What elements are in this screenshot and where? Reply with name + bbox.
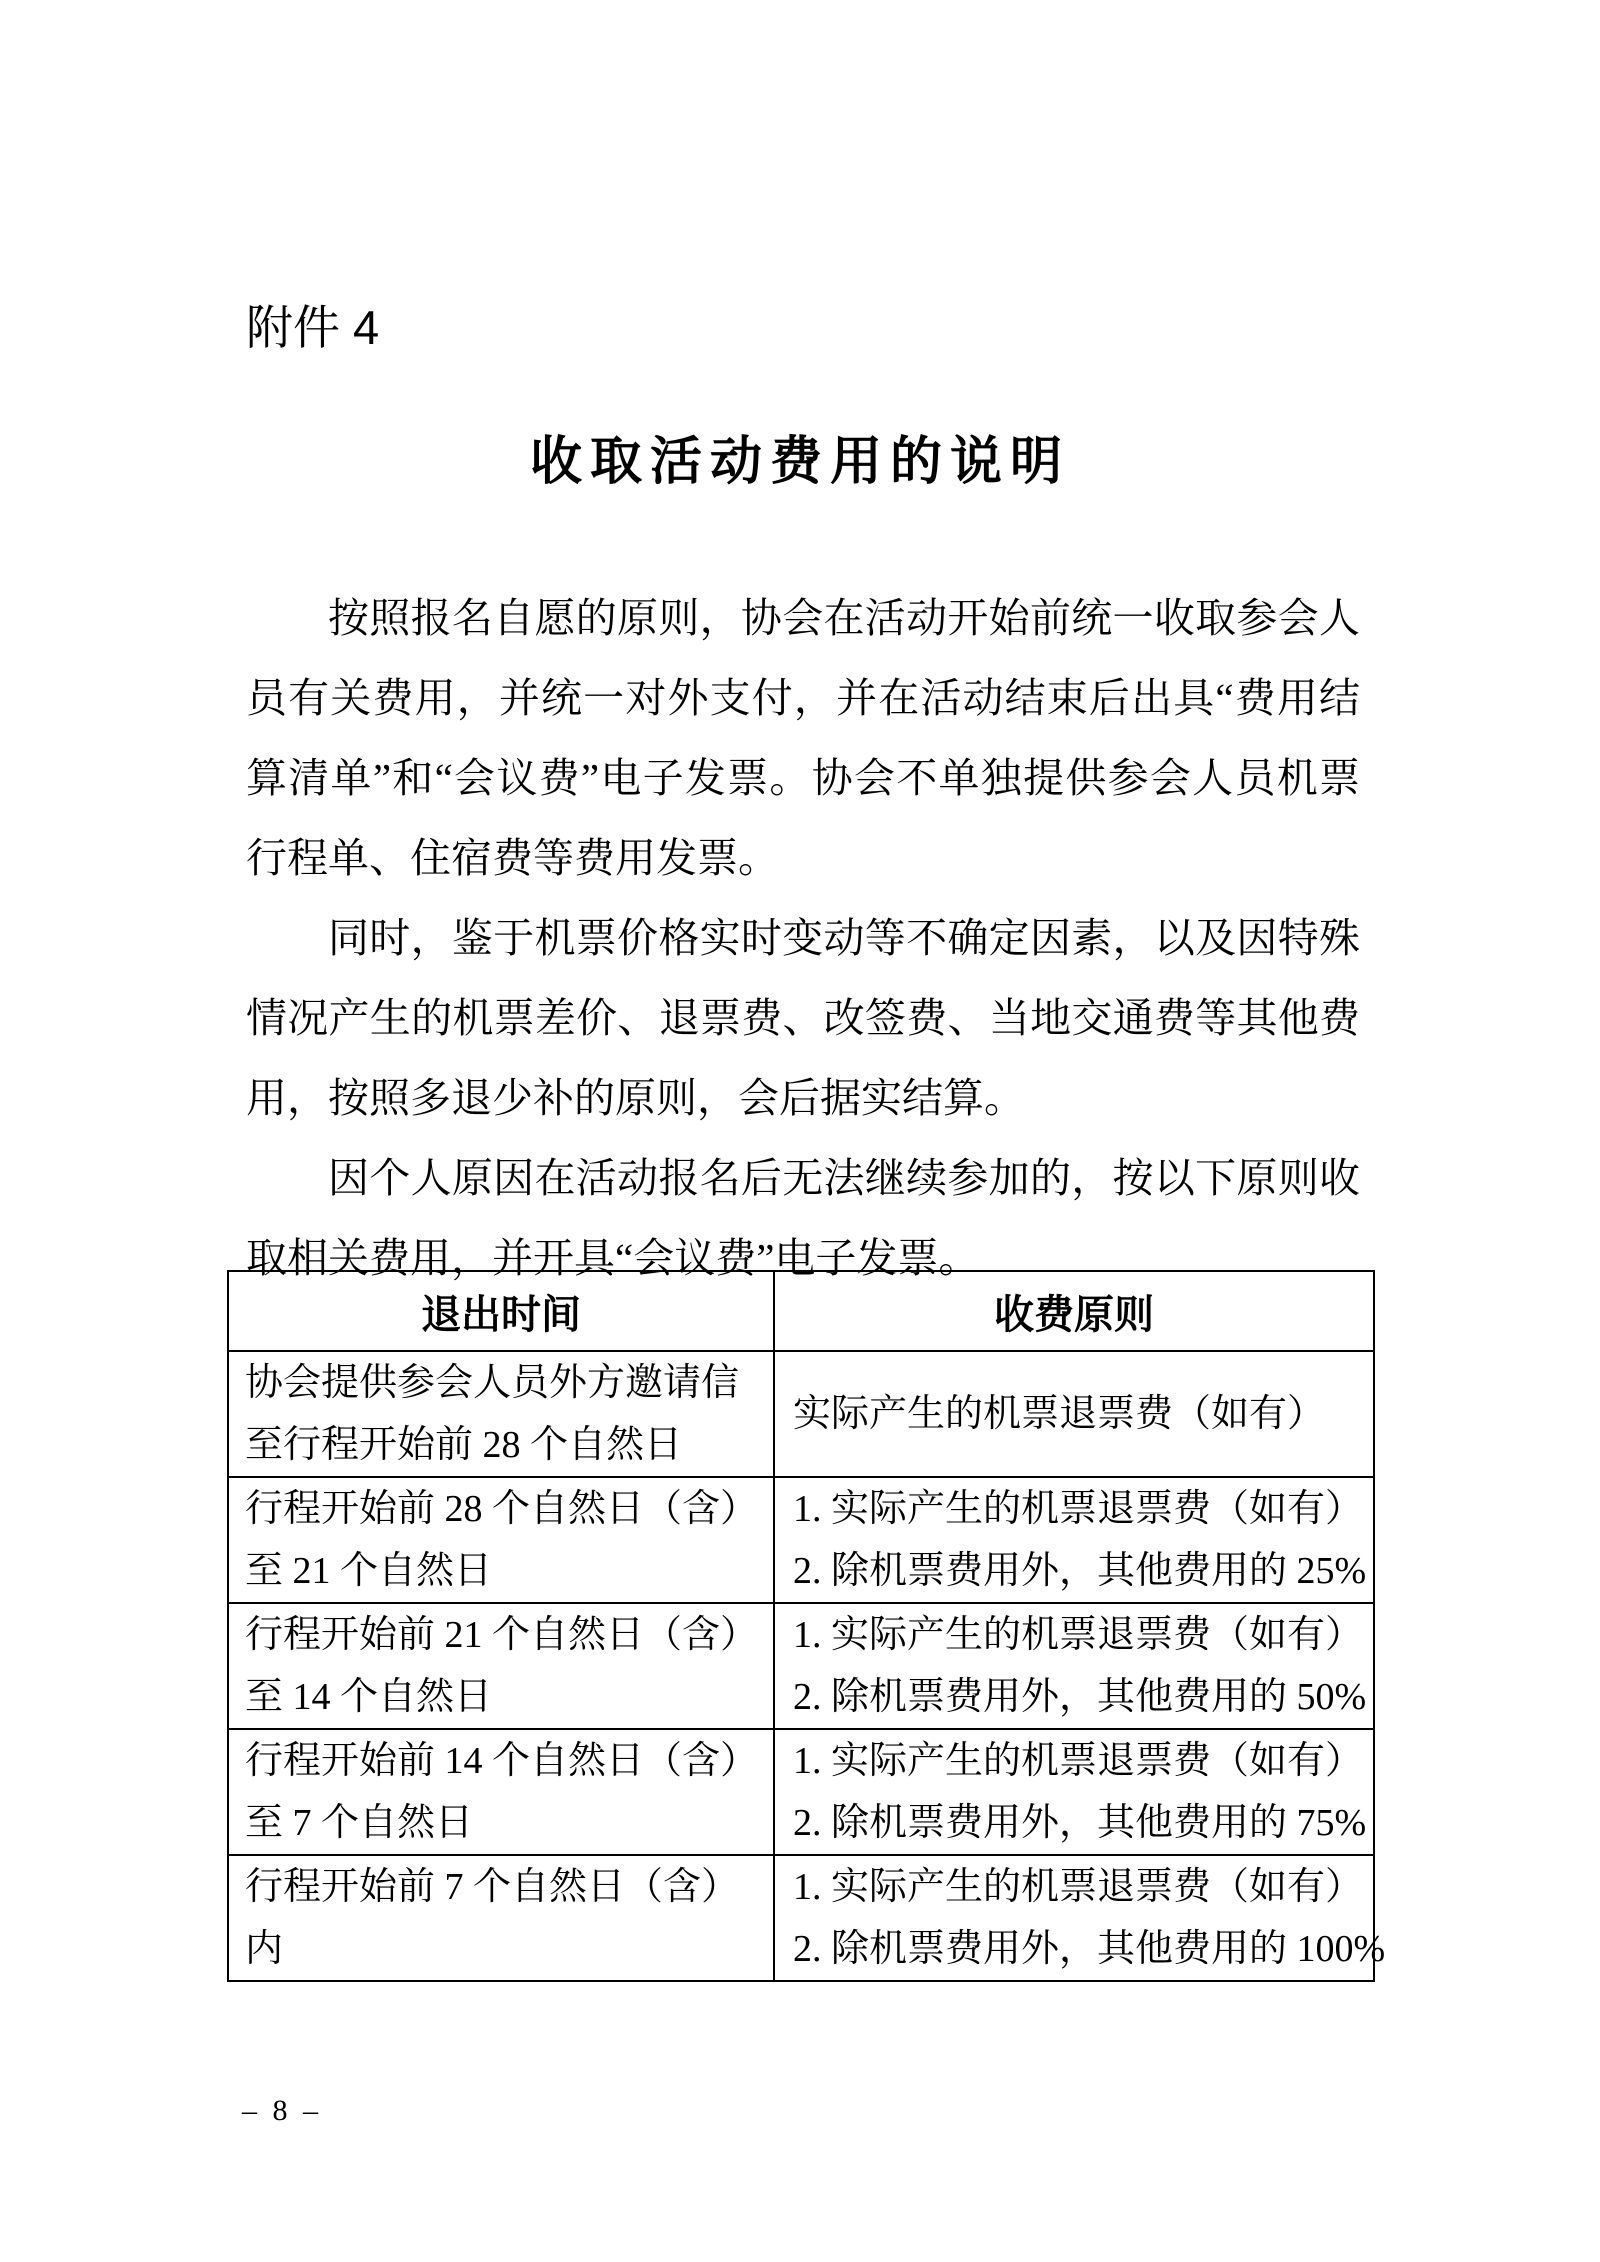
cell-text-line: 1. 实际产生的机票退票费（如有） bbox=[793, 1856, 1373, 1918]
cell-text-line: 协会提供参会人员外方邀请信 bbox=[245, 1352, 773, 1414]
cell-text-line: 行程开始前 7 个自然日（含） bbox=[245, 1856, 773, 1918]
cell-text-line: 实际产生的机票退票费（如有） bbox=[793, 1383, 1373, 1445]
cell-text-line: 1. 实际产生的机票退票费（如有） bbox=[793, 1730, 1373, 1792]
paragraph-1: 按照报名自愿的原则，协会在活动开始前统一收取参会人员有关费用，并统一对外支付，并… bbox=[246, 578, 1360, 898]
cell-text-line: 行程开始前 21 个自然日（含） bbox=[245, 1604, 773, 1666]
table-row: 行程开始前 21 个自然日（含） 至 14 个自然日 1. 实际产生的机票退票费… bbox=[228, 1603, 1374, 1729]
cell-text-line: 行程开始前 28 个自然日（含） bbox=[245, 1478, 773, 1540]
fee-principle-cell: 1. 实际产生的机票退票费（如有） 2. 除机票费用外，其他费用的 50% bbox=[774, 1603, 1374, 1729]
fee-principle-cell: 实际产生的机票退票费（如有） bbox=[774, 1351, 1374, 1477]
cell-text-line: 行程开始前 14 个自然日（含） bbox=[245, 1730, 773, 1792]
cell-text-line: 2. 除机票费用外，其他费用的 50% bbox=[793, 1666, 1373, 1728]
cell-text-line: 2. 除机票费用外，其他费用的 25% bbox=[793, 1540, 1373, 1602]
cell-text-line: 至行程开始前 28 个自然日 bbox=[245, 1414, 773, 1476]
fee-table: 退出时间 收费原则 协会提供参会人员外方邀请信 至行程开始前 28 个自然日 实… bbox=[227, 1270, 1375, 1982]
exit-time-cell: 协会提供参会人员外方邀请信 至行程开始前 28 个自然日 bbox=[228, 1351, 774, 1477]
exit-time-cell: 行程开始前 21 个自然日（含） 至 14 个自然日 bbox=[228, 1603, 774, 1729]
cell-text-line: 1. 实际产生的机票退票费（如有） bbox=[793, 1604, 1373, 1666]
fee-principle-cell: 1. 实际产生的机票退票费（如有） 2. 除机票费用外，其他费用的 25% bbox=[774, 1477, 1374, 1603]
body-text: 按照报名自愿的原则，协会在活动开始前统一收取参会人员有关费用，并统一对外支付，并… bbox=[246, 578, 1360, 1298]
table-row: 行程开始前 28 个自然日（含） 至 21 个自然日 1. 实际产生的机票退票费… bbox=[228, 1477, 1374, 1603]
exit-time-cell: 行程开始前 14 个自然日（含） 至 7 个自然日 bbox=[228, 1729, 774, 1855]
cell-text-line: 至 7 个自然日 bbox=[245, 1792, 773, 1854]
page-number: – 8 – bbox=[242, 2094, 1600, 2128]
attachment-label: 附件 4 bbox=[0, 0, 1600, 353]
exit-time-cell: 行程开始前 7 个自然日（含） 内 bbox=[228, 1855, 774, 1981]
table-row: 行程开始前 7 个自然日（含） 内 1. 实际产生的机票退票费（如有） 2. 除… bbox=[228, 1855, 1374, 1981]
exit-time-cell: 行程开始前 28 个自然日（含） 至 21 个自然日 bbox=[228, 1477, 774, 1603]
cell-text-line: 2. 除机票费用外，其他费用的 100% bbox=[793, 1918, 1373, 1980]
paragraph-2: 同时，鉴于机票价格实时变动等不确定因素，以及因特殊情况产生的机票差价、退票费、改… bbox=[246, 898, 1360, 1138]
cell-text-line: 内 bbox=[245, 1918, 773, 1980]
page-title: 收取活动费用的说明 bbox=[0, 435, 1600, 491]
document-page: 附件 4 收取活动费用的说明 按照报名自愿的原则，协会在活动开始前统一收取参会人… bbox=[0, 0, 1600, 2262]
cell-text-line: 1. 实际产生的机票退票费（如有） bbox=[793, 1478, 1373, 1540]
table-row: 行程开始前 14 个自然日（含） 至 7 个自然日 1. 实际产生的机票退票费（… bbox=[228, 1729, 1374, 1855]
cell-text-line: 2. 除机票费用外，其他费用的 75% bbox=[793, 1792, 1373, 1854]
fee-principle-cell: 1. 实际产生的机票退票费（如有） 2. 除机票费用外，其他费用的 75% bbox=[774, 1729, 1374, 1855]
fee-principle-cell: 1. 实际产生的机票退票费（如有） 2. 除机票费用外，其他费用的 100% bbox=[774, 1855, 1374, 1981]
table-row: 协会提供参会人员外方邀请信 至行程开始前 28 个自然日 实际产生的机票退票费（… bbox=[228, 1351, 1374, 1477]
cell-text-line: 至 21 个自然日 bbox=[245, 1540, 773, 1602]
cell-text-line: 至 14 个自然日 bbox=[245, 1666, 773, 1728]
